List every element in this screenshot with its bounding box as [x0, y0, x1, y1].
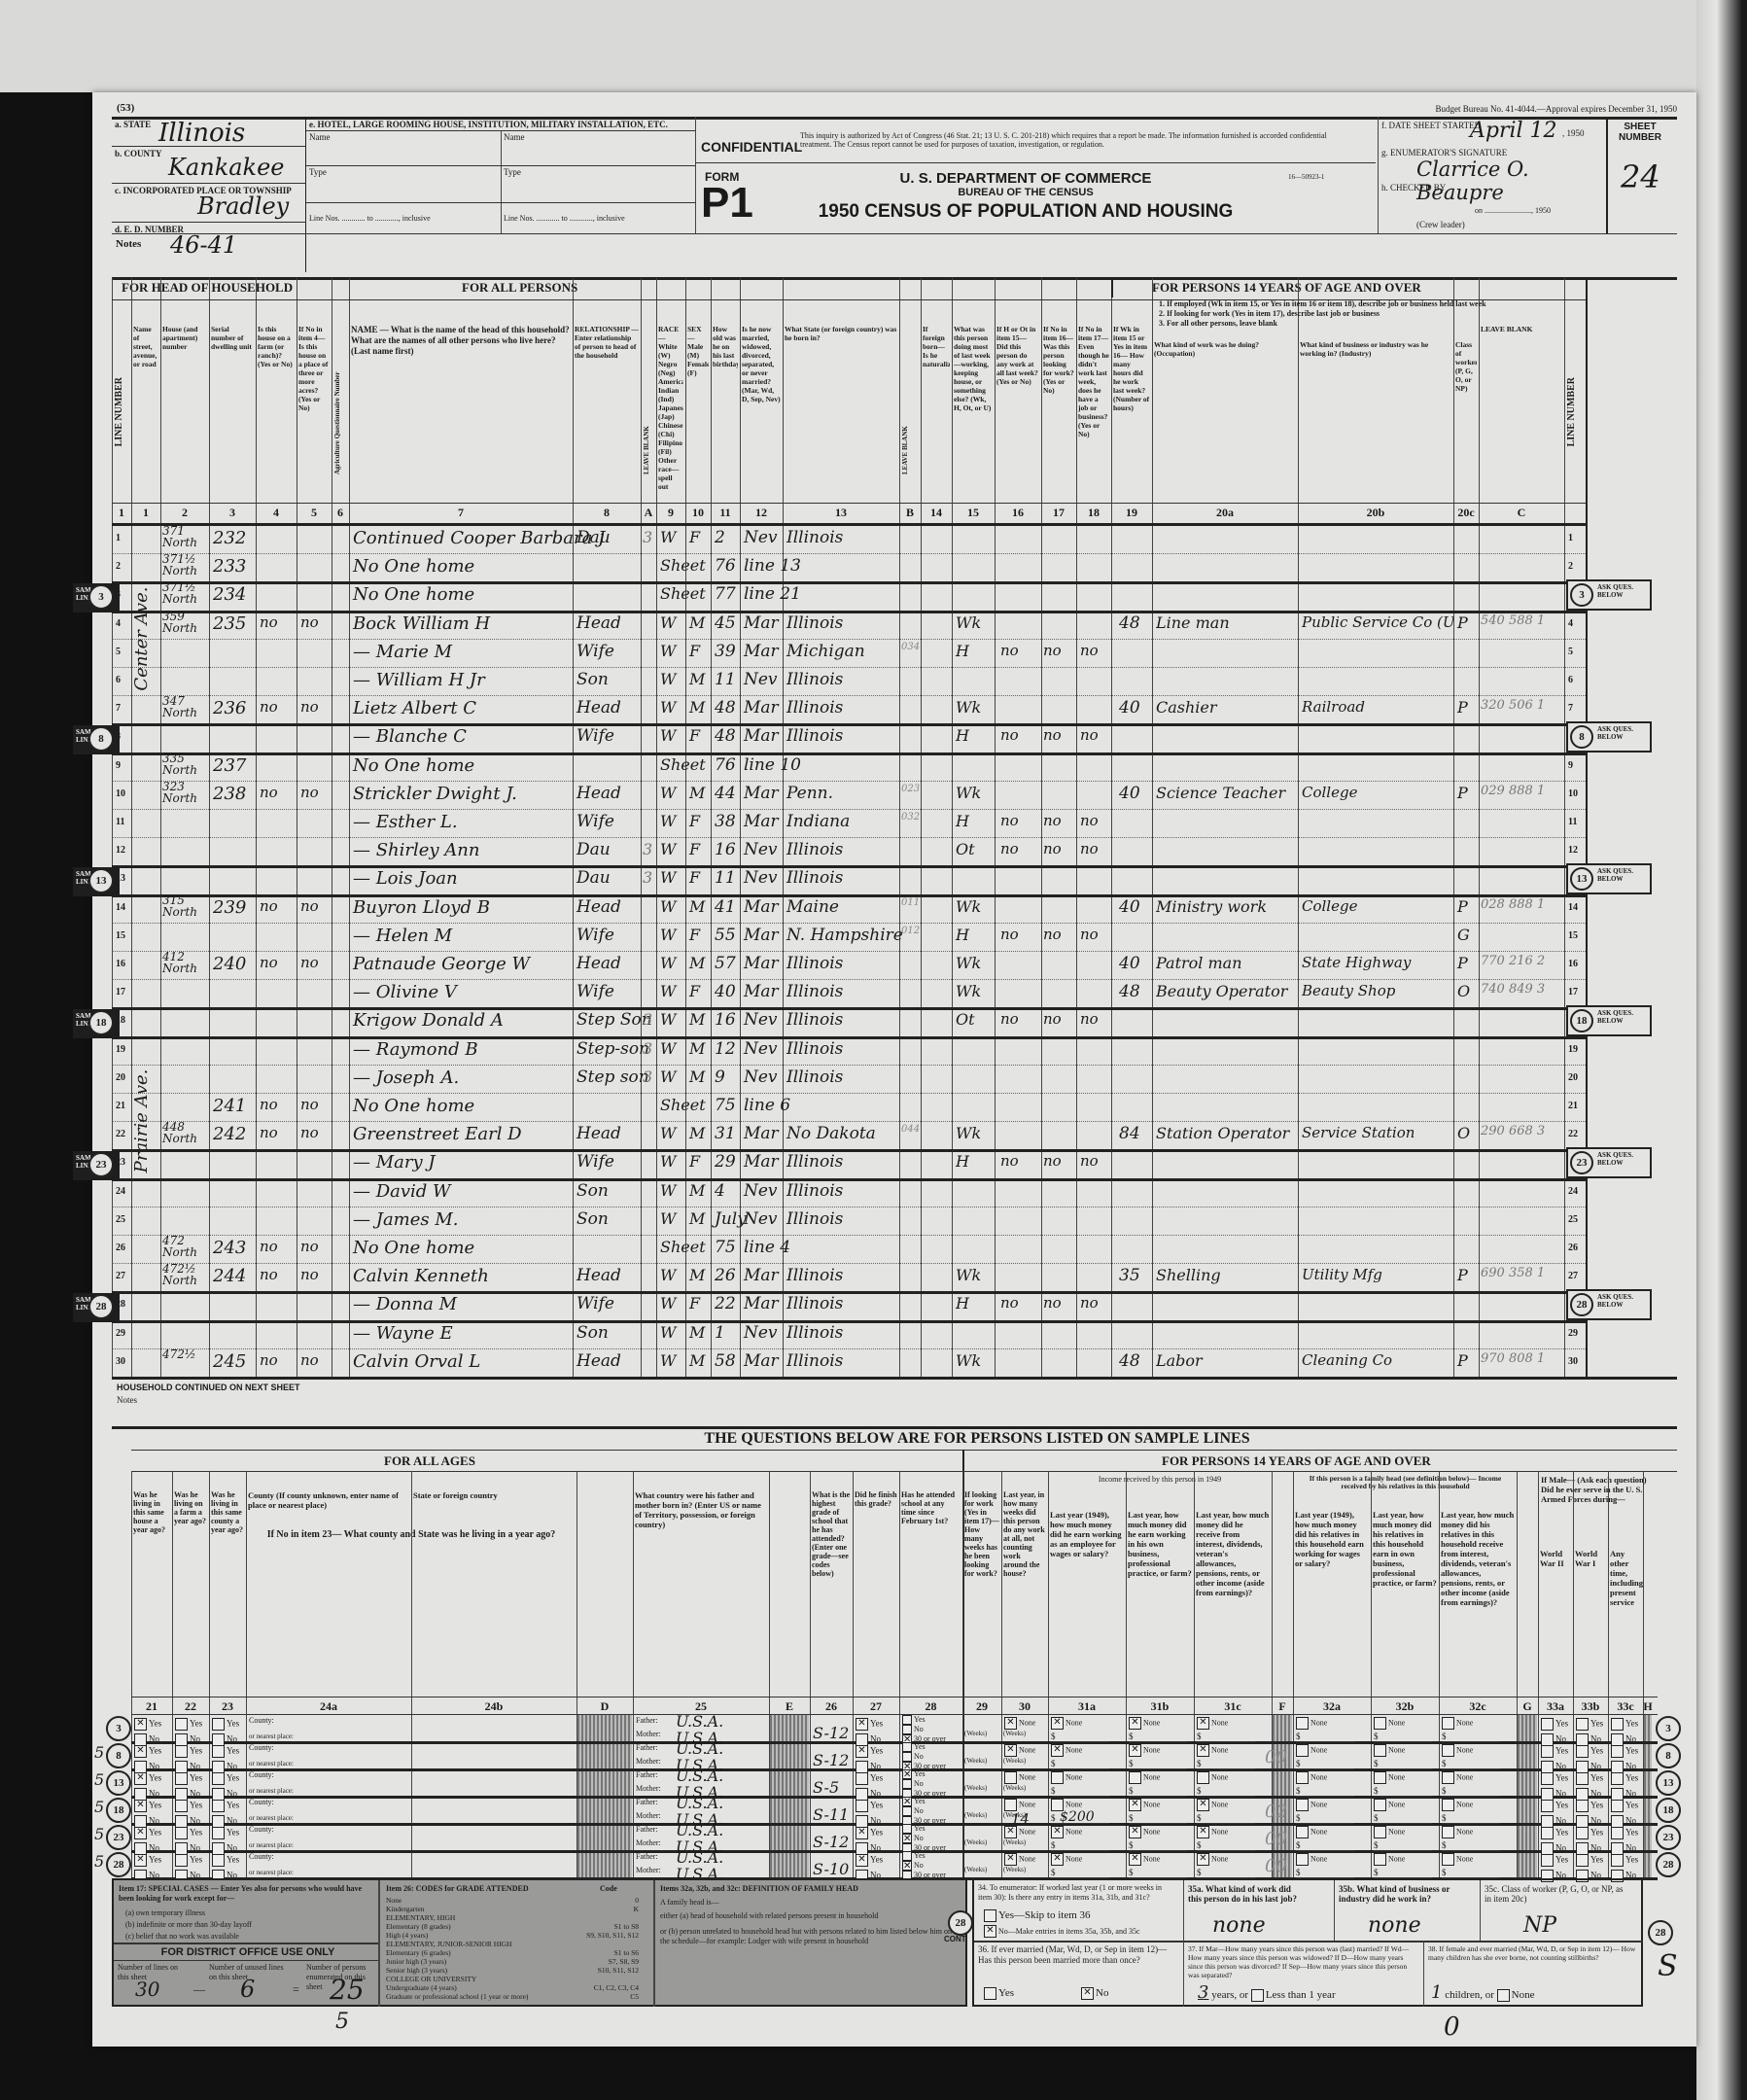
department: U. S. DEPARTMENT OF COMMERCE — [773, 170, 1278, 187]
q21-yes-box[interactable]: ✕ — [134, 1854, 147, 1867]
q21-yes[interactable]: ✕Yes — [134, 1772, 161, 1785]
q23-yes-box[interactable] — [212, 1827, 225, 1839]
q32c-box[interactable] — [1442, 1771, 1454, 1784]
q28-yes[interactable]: ✕Yes — [902, 1769, 946, 1779]
ask-label: ASK QUES. BELOW — [1597, 1009, 1650, 1025]
q28-no-box[interactable] — [902, 1725, 912, 1734]
q32c-box[interactable] — [1442, 1744, 1454, 1757]
q28-no-box[interactable] — [902, 1779, 912, 1789]
cell-birth: Illinois — [786, 1209, 899, 1229]
q33b-yes[interactable]: Yes — [1576, 1718, 1603, 1731]
q27-yes[interactable]: ✕Yes — [856, 1854, 883, 1867]
q28-no[interactable]: No — [902, 1725, 946, 1734]
cell-emp: Wk — [956, 1266, 995, 1284]
q28-no-box[interactable] — [902, 1806, 912, 1816]
q31b-box[interactable] — [1129, 1771, 1141, 1784]
q33b-yes[interactable]: Yes — [1576, 1854, 1603, 1867]
q28-no[interactable]: No — [902, 1779, 946, 1789]
q32b-box[interactable] — [1374, 1799, 1386, 1811]
q30-none-box[interactable] — [1004, 1771, 1017, 1784]
q32c[interactable]: None — [1442, 1771, 1473, 1784]
q33a-yes-box[interactable] — [1541, 1772, 1554, 1785]
table-row: 7347 North236nonoLietz Albert CHeadWM48M… — [112, 695, 1586, 723]
q28-yes-box[interactable] — [902, 1742, 912, 1752]
cell-age: 12 — [715, 1039, 742, 1059]
form-code: P1 — [701, 182, 753, 225]
q32a[interactable]: None — [1296, 1826, 1327, 1838]
q22-yes-box[interactable] — [175, 1718, 188, 1731]
none-label: None — [1456, 1800, 1473, 1808]
q27-yes[interactable]: ✕Yes — [856, 1827, 883, 1839]
column-header-street: Name of street, avenue, or road — [133, 325, 158, 368]
q21-yes[interactable]: ✕Yes — [134, 1745, 161, 1758]
cell-house: 371½ North — [162, 581, 209, 605]
cell-sex: F — [689, 642, 709, 660]
special-cases-title: Item 17: SPECIAL CASES — Enter Yes also … — [119, 1884, 376, 1904]
q30-none[interactable]: ✕None — [1004, 1853, 1035, 1866]
grade-code-row: High (4 years)S9, S10, S11, S12 — [386, 1931, 639, 1940]
q28-no[interactable]: No — [902, 1806, 946, 1816]
q22-yes[interactable]: Yes — [175, 1827, 202, 1839]
cell-rel: Head — [577, 1351, 641, 1371]
q22-yes[interactable]: Yes — [175, 1800, 202, 1812]
q21-yes[interactable]: ✕Yes — [134, 1800, 161, 1812]
q32a-box[interactable] — [1296, 1853, 1309, 1866]
q31a-amount[interactable]: $ — [1051, 1868, 1109, 1878]
cell-codes: 029 888 1 — [1481, 784, 1566, 798]
q33b-yes-box[interactable] — [1576, 1745, 1589, 1758]
q33c-yes-box[interactable] — [1611, 1745, 1624, 1758]
cell-emp: H — [956, 726, 995, 745]
q32c[interactable]: None — [1442, 1717, 1473, 1730]
q34-yes-checkbox[interactable] — [984, 1909, 996, 1922]
q32a-amount[interactable]: $ — [1296, 1868, 1354, 1878]
q31c-amount[interactable]: $ — [1197, 1868, 1255, 1878]
cell-race: W — [660, 528, 689, 546]
q32a-box[interactable] — [1296, 1717, 1309, 1730]
q31c[interactable]: None — [1197, 1771, 1228, 1784]
q33b-yes-box[interactable] — [1576, 1718, 1589, 1731]
cell-race: W — [660, 926, 689, 944]
cell-house: 347 North — [162, 695, 209, 718]
cell-race: W — [660, 642, 689, 660]
grade-code-row: COLLEGE OR UNIVERSITY — [386, 1975, 639, 1983]
ask-line-number: 8 — [1570, 725, 1593, 749]
q32b-box[interactable] — [1374, 1717, 1386, 1730]
q23-yes-box[interactable] — [212, 1854, 225, 1867]
q38-none-checkbox[interactable] — [1497, 1989, 1510, 2002]
sample-column-number-32c: 32c — [1439, 1699, 1517, 1714]
county-label: County: — [249, 1852, 274, 1861]
q31b[interactable]: ✕None — [1129, 1853, 1160, 1866]
q23-yes-box[interactable] — [212, 1718, 225, 1731]
q32c-box[interactable] — [1442, 1717, 1454, 1730]
q23-yes-box[interactable] — [212, 1745, 225, 1758]
q22-yes-box[interactable] — [175, 1800, 188, 1812]
q31a-box[interactable] — [1051, 1771, 1064, 1784]
q38-text: 38. If female and ever married (Mar, Wd,… — [1428, 1944, 1637, 1962]
cell-q16: no — [1000, 1294, 1039, 1312]
nearest-label: or nearest place: — [249, 1761, 297, 1767]
q21-yes-box[interactable]: ✕ — [134, 1800, 147, 1812]
q28-yes[interactable]: Yes — [902, 1851, 946, 1861]
sample-section-title: THE QUESTIONS BELOW ARE FOR PERSONS LIST… — [578, 1430, 1376, 1448]
q31c[interactable]: ✕None — [1197, 1826, 1228, 1838]
sample-header-28: Has he attended school at any time since… — [901, 1490, 961, 1525]
q27-yes[interactable]: ✕Yes — [856, 1718, 883, 1731]
q32b[interactable]: None — [1374, 1853, 1405, 1866]
q28-no[interactable]: ✕No — [902, 1834, 946, 1843]
q22-yes[interactable]: Yes — [175, 1772, 202, 1785]
q21-yes-box[interactable]: ✕ — [134, 1718, 147, 1731]
cell-rel: Head — [577, 1266, 641, 1285]
cell-birth: Illinois — [786, 1294, 899, 1313]
date-value: April 12 — [1470, 119, 1557, 143]
column-header-B: LEAVE BLANK — [901, 329, 921, 474]
q32b-amount[interactable]: $ — [1374, 1868, 1432, 1878]
q22-yes[interactable]: Yes — [175, 1745, 202, 1758]
q21-yes[interactable]: ✕Yes — [134, 1827, 161, 1839]
q33a-yes[interactable]: Yes — [1541, 1718, 1568, 1731]
q23-yes[interactable]: Yes — [212, 1854, 239, 1867]
q32b-box[interactable] — [1374, 1826, 1386, 1838]
cell-serial: 233 — [213, 556, 256, 577]
cell-rel: Head — [577, 1124, 641, 1143]
q33c-yes[interactable]: Yes — [1611, 1718, 1638, 1731]
q31c-box[interactable]: ✕ — [1197, 1799, 1209, 1811]
q33b-yes[interactable]: Yes — [1576, 1772, 1603, 1785]
q31b[interactable]: ✕None — [1129, 1744, 1160, 1757]
q23-yes[interactable]: Yes — [212, 1800, 239, 1812]
q31c-box[interactable] — [1197, 1771, 1209, 1784]
cell-race: W — [660, 1294, 689, 1312]
q33a-yes[interactable]: Yes — [1541, 1745, 1568, 1758]
line-number-right: 25 — [1568, 1214, 1578, 1225]
q31b[interactable]: ✕None — [1129, 1826, 1160, 1838]
sample-row: 858✕YesNoYesNoYesNoCounty:or nearest pla… — [92, 1741, 1677, 1768]
q33b-yes-box[interactable] — [1576, 1800, 1589, 1812]
q33a-yes[interactable]: Yes — [1541, 1772, 1568, 1785]
q23-yes-box[interactable] — [212, 1800, 225, 1812]
cell-occ: Labor — [1156, 1351, 1298, 1370]
line-number: 25 — [116, 1214, 125, 1225]
q21-yes-box[interactable]: ✕ — [134, 1772, 147, 1785]
cell-ind: State Highway — [1302, 954, 1453, 971]
q31a[interactable]: None — [1051, 1771, 1082, 1784]
q32c[interactable]: None — [1442, 1826, 1473, 1838]
q33a-yes[interactable]: Yes — [1541, 1854, 1568, 1867]
q33b-yes[interactable]: Yes — [1576, 1800, 1603, 1812]
q22-yes-box[interactable] — [175, 1745, 188, 1758]
q31b-box[interactable]: ✕ — [1129, 1744, 1141, 1757]
q27-yes-box[interactable] — [856, 1800, 868, 1812]
q30-none-box[interactable]: ✕ — [1004, 1853, 1017, 1866]
q31b-box[interactable]: ✕ — [1129, 1799, 1141, 1811]
q33a-yes-box[interactable] — [1541, 1800, 1554, 1812]
q33c-yes-box[interactable] — [1611, 1772, 1624, 1785]
q31b-box[interactable]: ✕ — [1129, 1826, 1141, 1838]
q32b-box[interactable] — [1374, 1771, 1386, 1784]
q27-yes-box[interactable]: ✕ — [856, 1745, 868, 1758]
q31c[interactable]: ✕None — [1197, 1717, 1228, 1730]
cell-codes: 540 588 1 — [1481, 613, 1566, 628]
q30-none[interactable]: ✕None — [1004, 1717, 1035, 1730]
column-header-q16: If H or Ot in item 15— Did this person d… — [996, 325, 1039, 386]
q33a-yes-box[interactable] — [1541, 1745, 1554, 1758]
q32b[interactable]: None — [1374, 1717, 1405, 1730]
q31c-box[interactable]: ✕ — [1197, 1826, 1209, 1838]
cell-name: Continued Cooper Barbara J — [353, 528, 573, 548]
cell-age: 76 — [715, 556, 742, 576]
line-number-right: 22 — [1568, 1129, 1578, 1139]
q37-less-checkbox[interactable] — [1251, 1989, 1264, 2002]
q22-yes-box[interactable] — [175, 1827, 188, 1839]
q23-yes[interactable]: Yes — [212, 1772, 239, 1785]
cell-q17: no — [1043, 726, 1074, 744]
q32a-box[interactable] — [1296, 1799, 1309, 1811]
q33c-yes[interactable]: Yes — [1611, 1800, 1638, 1812]
q33b-yes-box[interactable] — [1576, 1827, 1589, 1839]
q33a-yes-box[interactable] — [1541, 1827, 1554, 1839]
q27-yes-box[interactable]: ✕ — [856, 1854, 868, 1867]
q32b-box[interactable] — [1374, 1744, 1386, 1757]
cell-emp: Ot — [956, 840, 995, 858]
q31b[interactable]: None — [1129, 1771, 1160, 1784]
q33c-yes[interactable]: Yes — [1611, 1827, 1638, 1839]
line-number: 26 — [116, 1242, 125, 1253]
yes-label: Yes — [149, 1828, 161, 1837]
q31a[interactable]: ✕None — [1051, 1744, 1082, 1757]
q32a[interactable]: None — [1296, 1853, 1327, 1866]
q33a-yes[interactable]: Yes — [1541, 1800, 1568, 1812]
q28-yes-box[interactable]: ✕ — [902, 1769, 912, 1779]
q27-yes[interactable]: Yes — [856, 1800, 883, 1812]
q33b-yes-box[interactable] — [1576, 1854, 1589, 1867]
cell-name: — James M. — [353, 1209, 573, 1230]
q21-yes-box[interactable]: ✕ — [134, 1827, 147, 1839]
q32b-box[interactable] — [1374, 1853, 1386, 1866]
cell-name: Buyron Lloyd B — [353, 897, 573, 918]
q31a[interactable]: ✕None — [1051, 1853, 1082, 1866]
q31a-box[interactable]: ✕ — [1051, 1744, 1064, 1757]
q36-yes[interactable]: Yes — [984, 1987, 1014, 2000]
q33c-yes-box[interactable] — [1611, 1718, 1624, 1731]
q22-yes-box[interactable] — [175, 1854, 188, 1867]
q21-yes[interactable]: ✕Yes — [134, 1718, 161, 1731]
column-number-birth: 13 — [783, 506, 899, 520]
q31a-box[interactable]: ✕ — [1051, 1826, 1064, 1838]
q32b[interactable]: None — [1374, 1826, 1405, 1838]
q28-no-box[interactable]: ✕ — [902, 1861, 912, 1871]
q31c[interactable]: ✕None — [1197, 1744, 1228, 1757]
yes-label: Yes — [190, 1828, 202, 1837]
q28-yes-box[interactable] — [902, 1715, 912, 1725]
q31c-box[interactable]: ✕ — [1197, 1744, 1209, 1757]
q31b-box[interactable]: ✕ — [1129, 1853, 1141, 1866]
cell-cls: O — [1457, 1124, 1477, 1142]
q27-yes-box[interactable]: ✕ — [856, 1827, 868, 1839]
q34-no[interactable]: ✕No—Make entries in items 35a, 35b, and … — [984, 1925, 1140, 1938]
q31b[interactable]: ✕None — [1129, 1799, 1160, 1811]
cell-rel: Head — [577, 784, 641, 803]
cell-name: Greenstreet Earl D — [353, 1124, 573, 1144]
q33c-yes[interactable]: Yes — [1611, 1772, 1638, 1785]
q28-yes[interactable]: ✕Yes — [902, 1797, 946, 1806]
q33b-yes-box[interactable] — [1576, 1772, 1589, 1785]
cell-race: W — [660, 1209, 689, 1228]
q31c[interactable]: ✕None — [1197, 1799, 1228, 1811]
q28-yes[interactable]: Yes — [902, 1742, 946, 1752]
q31c-box[interactable]: ✕ — [1197, 1717, 1209, 1730]
cell-name: Calvin Kenneth — [353, 1266, 573, 1286]
q32a[interactable]: None — [1296, 1744, 1327, 1757]
q23-yes[interactable]: Yes — [212, 1827, 239, 1839]
cell-cls: G — [1457, 926, 1477, 944]
cell-name: Krigow Donald A — [353, 1010, 573, 1031]
q31c[interactable]: ✕None — [1197, 1853, 1228, 1866]
q32c-box[interactable] — [1442, 1853, 1454, 1866]
q30-none-box[interactable]: ✕ — [1004, 1826, 1017, 1838]
grade-code-label: Junior high (3 years) — [386, 1957, 446, 1966]
q27-yes[interactable]: ✕Yes — [856, 1745, 883, 1758]
q31b[interactable]: ✕None — [1129, 1717, 1160, 1730]
cell-name: — Raymond B — [353, 1039, 573, 1060]
q38-value: 1 — [1431, 1982, 1442, 2003]
q32c[interactable]: None — [1442, 1853, 1473, 1866]
ask-label: ASK QUES. BELOW — [1597, 867, 1650, 883]
column-number-acres: 5 — [297, 506, 332, 520]
q31b-amount[interactable]: $ — [1129, 1868, 1187, 1878]
yes-label: Yes — [1590, 1773, 1603, 1783]
q28-no[interactable]: No — [902, 1752, 946, 1762]
q22-yes[interactable]: Yes — [175, 1718, 202, 1731]
column-number-sex: 10 — [685, 506, 711, 520]
q30-none-box[interactable]: ✕ — [1004, 1717, 1017, 1730]
q27-yes-box[interactable]: ✕ — [856, 1718, 868, 1731]
q36-yes-checkbox[interactable] — [984, 1987, 996, 2000]
cell-occ: Line man — [1156, 613, 1298, 632]
q27-yes-box[interactable] — [856, 1772, 868, 1785]
q33a-yes-box[interactable] — [1541, 1854, 1554, 1867]
q32a-box[interactable] — [1296, 1826, 1309, 1838]
column-number-ind: 20b — [1298, 506, 1453, 520]
checked-by-label: h. CHECKED BY — [1381, 183, 1446, 192]
cell-birth: Illinois — [786, 528, 899, 547]
cell-birth: Illinois — [786, 868, 899, 888]
cell-race: W — [660, 613, 689, 632]
q33b-yes[interactable]: Yes — [1576, 1745, 1603, 1758]
q32c-amount[interactable]: $ — [1442, 1868, 1500, 1878]
cell-mar: line 13 — [744, 556, 802, 576]
q32a[interactable]: None — [1296, 1717, 1327, 1730]
sample-header-24a: County (If county unknown, enter name of… — [248, 1490, 409, 1510]
q30-none[interactable]: ✕None — [1004, 1744, 1035, 1757]
q33b-yes[interactable]: Yes — [1576, 1827, 1603, 1839]
q32b[interactable]: None — [1374, 1799, 1405, 1811]
q33c-yes-box[interactable] — [1611, 1827, 1624, 1839]
q30-none[interactable]: None — [1004, 1771, 1035, 1784]
q23-yes-box[interactable] — [212, 1772, 225, 1785]
cell-farm: no — [260, 1266, 295, 1283]
q32a[interactable]: None — [1296, 1771, 1327, 1784]
q32a-box[interactable] — [1296, 1771, 1309, 1784]
cell-occ: Cashier — [1156, 698, 1298, 717]
crew-leader-label: (Crew leader) — [1416, 220, 1465, 229]
instruction-3: 3. For all other persons, leave blank — [1159, 319, 1567, 329]
district-office-title: FOR DISTRICT OFFICE USE ONLY — [122, 1946, 374, 1958]
q28-yes[interactable]: Yes — [902, 1715, 946, 1725]
cell-codes: 770 216 2 — [1481, 954, 1566, 968]
q32a[interactable]: None — [1296, 1799, 1327, 1811]
q33a-yes-box[interactable] — [1541, 1718, 1554, 1731]
q27-yes[interactable]: Yes — [856, 1772, 883, 1785]
q28-yes-box[interactable] — [902, 1824, 912, 1834]
q31a-box[interactable]: ✕ — [1051, 1853, 1064, 1866]
q36-no[interactable]: ✕No — [1081, 1987, 1108, 2000]
q32c[interactable]: None — [1442, 1744, 1473, 1757]
q32c[interactable]: None — [1442, 1799, 1473, 1811]
q32c-box[interactable] — [1442, 1826, 1454, 1838]
none-label: None — [1066, 1800, 1082, 1808]
q31a-box[interactable]: ✕ — [1051, 1717, 1064, 1730]
q33c-yes[interactable]: Yes — [1611, 1745, 1638, 1758]
q31a[interactable]: ✕None — [1051, 1826, 1082, 1838]
q21-yes-box[interactable]: ✕ — [134, 1745, 147, 1758]
q23-yes[interactable]: Yes — [212, 1718, 239, 1731]
q34-no-checkbox[interactable]: ✕ — [984, 1925, 996, 1938]
q22-yes[interactable]: Yes — [175, 1854, 202, 1867]
q33c-yes-box[interactable] — [1611, 1854, 1624, 1867]
q32b[interactable]: None — [1374, 1744, 1405, 1757]
q28-no[interactable]: ✕No — [902, 1861, 946, 1871]
q32a-box[interactable] — [1296, 1744, 1309, 1757]
q21-yes[interactable]: ✕Yes — [134, 1854, 161, 1867]
q31c-box[interactable]: ✕ — [1197, 1853, 1209, 1866]
q22-yes-box[interactable] — [175, 1772, 188, 1785]
q31a[interactable]: ✕None — [1051, 1717, 1082, 1730]
q30-none-box[interactable]: ✕ — [1004, 1744, 1017, 1757]
q34-yes[interactable]: Yes—Skip to item 36 — [984, 1909, 1091, 1922]
q33c-yes[interactable]: Yes — [1611, 1854, 1638, 1867]
q23-yes[interactable]: Yes — [212, 1745, 239, 1758]
cell-B: 011 — [901, 897, 921, 908]
q32b[interactable]: None — [1374, 1771, 1405, 1784]
q33a-yes[interactable]: Yes — [1541, 1827, 1568, 1839]
yes-label: Yes — [190, 1746, 202, 1756]
q36-no-checkbox[interactable]: ✕ — [1081, 1987, 1094, 2000]
q28-no-box[interactable] — [902, 1752, 912, 1762]
cell-serial: 241 — [213, 1096, 256, 1116]
q32c-box[interactable] — [1442, 1799, 1454, 1811]
q33c-yes-box[interactable] — [1611, 1800, 1624, 1812]
cell-race: W — [660, 868, 689, 887]
none-label: None — [1143, 1827, 1160, 1836]
q28-no-box[interactable]: ✕ — [902, 1834, 912, 1843]
cell-sex: M — [689, 613, 709, 632]
q30-none[interactable]: ✕None — [1004, 1826, 1035, 1838]
q28-yes-box[interactable] — [902, 1851, 912, 1861]
cell-sex: M — [689, 1124, 709, 1142]
q31b-box[interactable]: ✕ — [1129, 1717, 1141, 1730]
q28-yes-box[interactable]: ✕ — [902, 1797, 912, 1806]
table-row: 5— Marie MWifeWF39MarMichigan034Hnonono5 — [112, 639, 1586, 667]
q28-yes[interactable]: Yes — [902, 1824, 946, 1834]
cell-race: W — [660, 897, 689, 916]
confidential-label: CONFIDENTIAL — [701, 139, 802, 155]
household-continued: HOUSEHOLD CONTINUED ON NEXT SHEET — [117, 1382, 300, 1392]
cell-name: — Wayne E — [353, 1323, 573, 1344]
sample-column-number-22: 22 — [172, 1699, 209, 1714]
